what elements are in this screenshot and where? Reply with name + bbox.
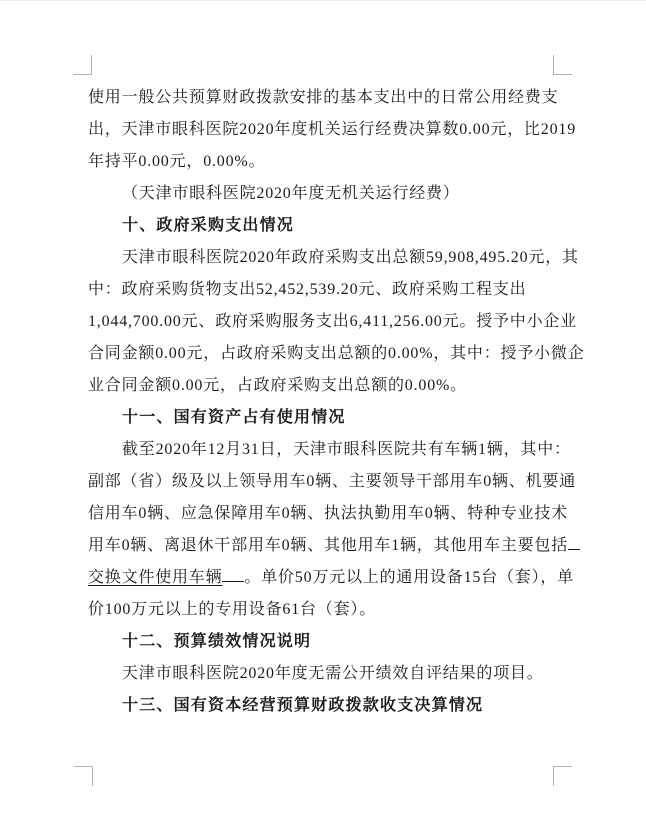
paragraph-line: 出，天津市眼科医院2020年度机关运行经费决算数0.00元，比2019 (88, 114, 566, 146)
paragraph-line: 天津市眼科医院2020年政府采购支出总额59,908,495.20元，其 (88, 242, 566, 274)
crop-mark-top-left (73, 55, 92, 75)
paragraph-line: 信用车0辆、应急保障用车0辆、执法执勤用车0辆、特种专业技术 (88, 498, 566, 530)
underline-blank (222, 566, 244, 582)
paragraph-text: 用车0辆、离退休干部用车0辆、其他用车1辆，其他用车主要包括 (88, 537, 568, 554)
paragraph-text: 。单价50万元以上的通用设备15台（套），单 (244, 569, 574, 586)
crop-mark-bottom-left (74, 766, 93, 786)
paragraph-line: 天津市眼科医院2020年度无需公开绩效自评结果的项目。 (88, 658, 566, 690)
paragraph-line: 中：政府采购货物支出52,452,539.20元、政府采购工程支出 (88, 274, 566, 306)
paragraph-line: 用车0辆、离退休干部用车0辆、其他用车1辆，其他用车主要包括 (88, 530, 566, 562)
section-heading-10: 十、政府采购支出情况 (88, 210, 566, 242)
fill-in-underlined-text: 交换文件使用车辆 (88, 569, 222, 586)
note-line: （天津市眼科医院2020年度无机关运行经费） (88, 178, 566, 210)
section-heading-12: 十二、预算绩效情况说明 (88, 626, 566, 658)
paragraph-line: 业合同金额0.00元，占政府采购支出总额的0.00%。 (88, 370, 566, 402)
paragraph-line: 1,044,700.00元、政府采购服务支出6,411,256.00元。授予中小… (88, 306, 566, 338)
paragraph-line: 年持平0.00元，0.00%。 (88, 146, 566, 178)
section-heading-13: 十三、国有资本经营预算财政拨款收支决算情况 (88, 690, 566, 722)
paragraph-line: 副部（省）级及以上领导用车0辆、主要领导干部用车0辆、机要通 (88, 466, 566, 498)
underline-blank (568, 534, 580, 550)
paragraph-line: 合同金额0.00元，占政府采购支出总额的0.00%，其中：授予小微企 (88, 338, 566, 370)
crop-mark-top-right (553, 55, 572, 75)
paragraph-line-with-fill-in: 交换文件使用车辆。单价50万元以上的通用设备15台（套），单 (88, 562, 566, 594)
paragraph-line: 使用一般公共预算财政拨款安排的基本支出中的日常公用经费支 (88, 82, 566, 114)
crop-mark-bottom-right (553, 766, 572, 786)
section-heading-11: 十一、国有资产占有使用情况 (88, 402, 566, 434)
document-page: 使用一般公共预算财政拨款安排的基本支出中的日常公用经费支 出，天津市眼科医院20… (0, 0, 646, 840)
document-body: 使用一般公共预算财政拨款安排的基本支出中的日常公用经费支 出，天津市眼科医院20… (88, 82, 566, 722)
paragraph-line: 价100万元以上的专用设备61台（套）。 (88, 594, 566, 626)
paragraph-line: 截至2020年12月31日，天津市眼科医院共有车辆1辆，其中： (88, 434, 566, 466)
